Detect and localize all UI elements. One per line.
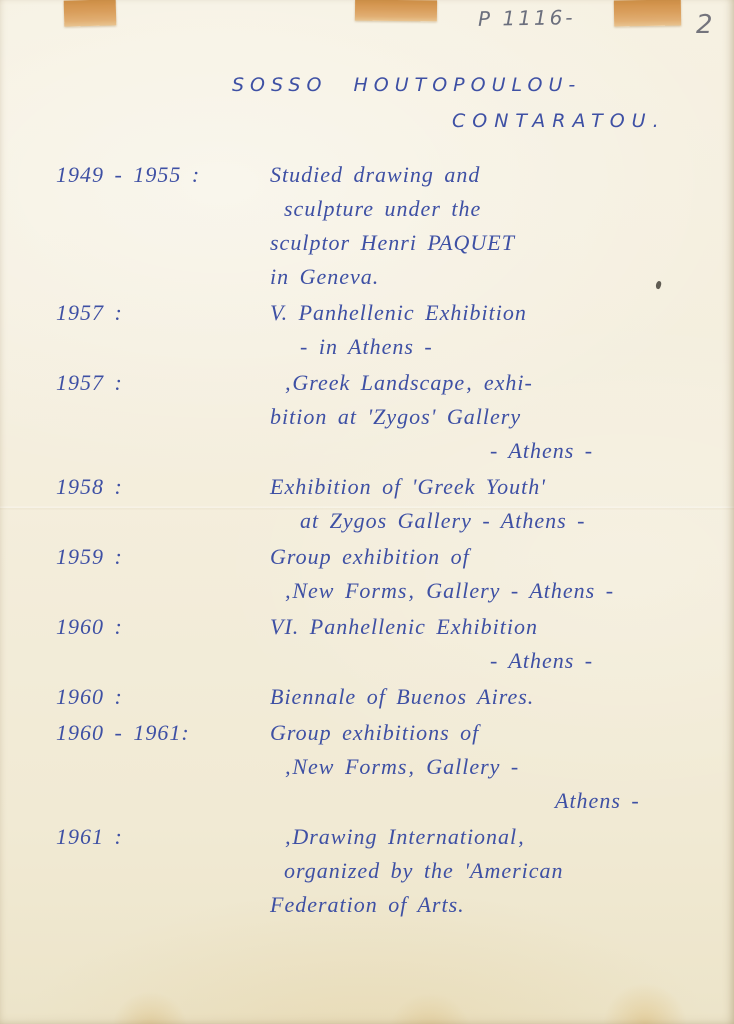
entry-description: ‚Drawing International‚organized by the …	[270, 820, 724, 922]
entry-line: - in Athens -	[270, 330, 724, 364]
entry-line: in Geneva.	[270, 260, 724, 294]
title-line-1: SOSSO HOUTOPOULOU-	[232, 74, 581, 96]
entry-line: - Athens -	[270, 644, 724, 678]
entry-year: 1957 :	[0, 296, 270, 364]
entry-description: Studied drawing andsculpture under thesc…	[270, 158, 724, 294]
entry-year: 1960 :	[0, 680, 270, 714]
entry-line: sculpture under the	[270, 192, 724, 226]
entry-year: 1960 :	[0, 610, 270, 678]
entry-description: VI. Panhellenic Exhibition- Athens -	[270, 610, 724, 678]
entry-line: Group exhibition of	[270, 540, 724, 574]
entry-description: Biennale of Buenos Aires.	[270, 680, 724, 714]
entry-line: ‚Greek Landscape‚ exhi-	[270, 366, 724, 400]
entry-line: sculptor Henri PAQUET	[270, 226, 724, 260]
entry-row: 1958 :Exhibition of 'Greek Youth'at Zygo…	[0, 470, 724, 538]
entry-line: - Athens -	[270, 434, 724, 468]
entry-row: 1961 :‚Drawing International‚organized b…	[0, 820, 724, 922]
entry-line: organized by the 'American	[270, 854, 724, 888]
entry-year: 1958 :	[0, 470, 270, 538]
entry-description: ‚Greek Landscape‚ exhi-bition at 'Zygos'…	[270, 366, 724, 468]
entry-row: 1959 :Group exhibition of‚New Forms‚ Gal…	[0, 540, 724, 608]
entry-row: 1960 :Biennale of Buenos Aires.	[0, 680, 724, 714]
tape-mark-center	[355, 0, 437, 21]
entry-line: bition at 'Zygos' Gallery	[270, 400, 724, 434]
entry-line: Federation of Arts.	[270, 888, 724, 922]
entry-description: V. Panhellenic Exhibition- in Athens -	[270, 296, 724, 364]
entry-row: 1949 - 1955 :Studied drawing andsculptur…	[0, 158, 724, 294]
document-page: P 1116- 2 SOSSO HOUTOPOULOU- CONTARATOU.…	[0, 0, 734, 1024]
entry-year: 1957 :	[0, 366, 270, 468]
entry-year: 1961 :	[0, 820, 270, 922]
entry-line: VI. Panhellenic Exhibition	[270, 610, 724, 644]
entry-year: 1949 - 1955 :	[0, 158, 270, 294]
entry-line: Exhibition of 'Greek Youth'	[270, 470, 724, 504]
entry-line: ‚New Forms‚ Gallery - Athens -	[270, 574, 724, 608]
entry-line: ‚New Forms‚ Gallery -	[270, 750, 724, 784]
entry-year: 1959 :	[0, 540, 270, 608]
entry-row: 1957 :‚Greek Landscape‚ exhi-bition at '…	[0, 366, 724, 468]
entry-row: 1960 - 1961:Group exhibitions of‚New For…	[0, 716, 724, 818]
entry-description: Exhibition of 'Greek Youth'at Zygos Gall…	[270, 470, 724, 538]
page-number: 2	[696, 10, 713, 40]
entry-year: 1960 - 1961:	[0, 716, 270, 818]
entry-row: 1960 :VI. Panhellenic Exhibition- Athens…	[0, 610, 724, 678]
entry-line: Studied drawing and	[270, 158, 724, 192]
entry-description: Group exhibitions of‚New Forms‚ Gallery …	[270, 716, 724, 818]
entry-line: Group exhibitions of	[270, 716, 724, 750]
entry-line: at Zygos Gallery - Athens -	[270, 504, 724, 538]
tape-mark-left	[64, 0, 117, 27]
entry-description: Group exhibition of‚New Forms‚ Gallery -…	[270, 540, 724, 608]
entry-row: 1957 :V. Panhellenic Exhibition- in Athe…	[0, 296, 724, 364]
title-line-2: CONTARATOU.	[452, 110, 666, 132]
entry-line: Biennale of Buenos Aires.	[270, 680, 724, 714]
tape-mark-right	[614, 0, 681, 26]
entry-line: ‚Drawing International‚	[270, 820, 724, 854]
archive-annotation: P 1116-	[478, 5, 576, 31]
entries-list: 1949 - 1955 :Studied drawing andsculptur…	[0, 158, 724, 924]
entry-line: Athens -	[270, 784, 724, 818]
entry-line: V. Panhellenic Exhibition	[270, 296, 724, 330]
